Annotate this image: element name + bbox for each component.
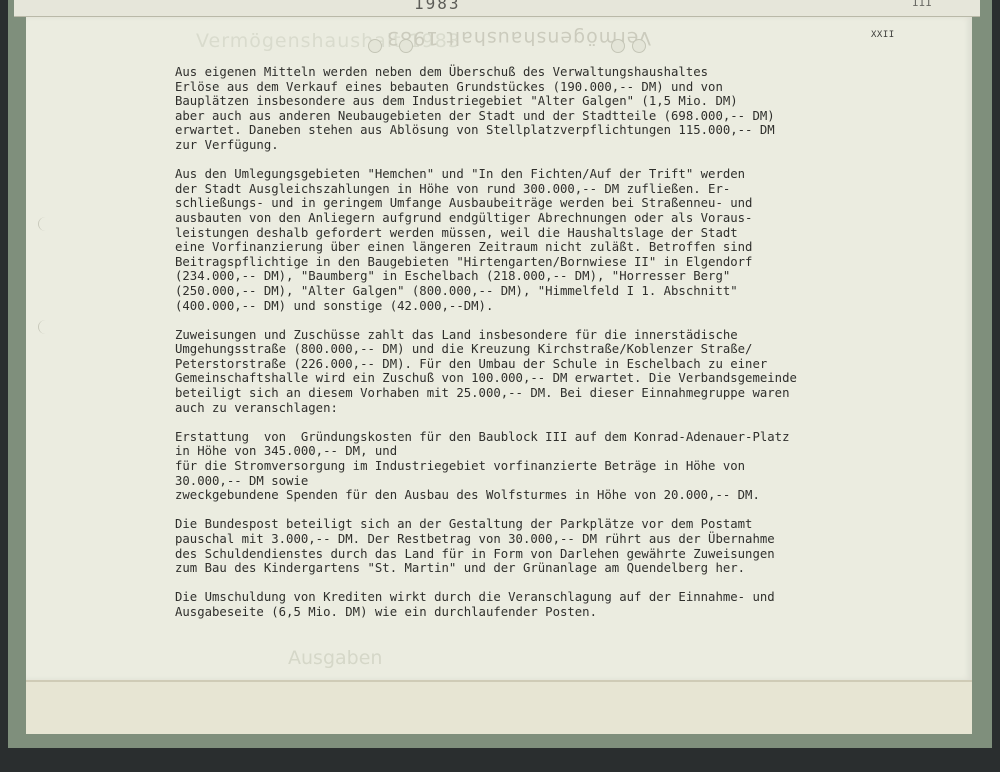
- paragraph: Die Bundespost beteiligt sich an der Ges…: [175, 517, 895, 575]
- paragraph: Die Umschuldung von Krediten wirkt durch…: [175, 590, 895, 619]
- text-line: Zuweisungen und Zuschüsse zahlt das Land…: [175, 328, 895, 343]
- text-line: Beitragspflichtige in den Baugebieten "H…: [175, 255, 895, 270]
- punch-hole-icon: [611, 39, 625, 53]
- text-line: in Höhe von 345.000,-- DM, und: [175, 444, 895, 459]
- text-line: der Stadt Ausgleichszahlungen in Höhe vo…: [175, 182, 895, 197]
- margin-hole-icon: [38, 217, 53, 231]
- previous-page-fragment: 1983: [414, 0, 461, 13]
- text-line: zum Bau des Kindergartens "St. Martin" u…: [175, 561, 895, 576]
- text-line: des Schuldendienstes durch das Land für …: [175, 547, 895, 562]
- text-line: 30.000,-- DM sowie: [175, 474, 895, 489]
- punch-hole-icon: [368, 39, 382, 53]
- margin-hole-icon: [38, 320, 53, 334]
- text-line: zweckgebundene Spenden für den Ausbau de…: [175, 488, 895, 503]
- punch-hole-icon: [632, 39, 646, 53]
- text-line: (250.000,-- DM), "Alter Galgen" (800.000…: [175, 284, 895, 299]
- text-line: eine Vorfinanzierung über einen längeren…: [175, 240, 895, 255]
- text-line: aber auch aus anderen Neubaugebieten der…: [175, 109, 895, 124]
- paragraph: Aus eigenen Mitteln werden neben dem Übe…: [175, 65, 895, 153]
- text-line: Peterstorstraße (226.000,-- DM). Für den…: [175, 357, 895, 372]
- paragraph: Zuweisungen und Zuschüsse zahlt das Land…: [175, 328, 895, 416]
- punch-hole-icon: [399, 39, 413, 53]
- bleed-through-footer: Ausgaben: [288, 647, 382, 669]
- paragraph: Erstattung von Gründungskosten für den B…: [175, 430, 895, 503]
- text-line: Aus eigenen Mitteln werden neben dem Übe…: [175, 65, 895, 80]
- text-line: Erstattung von Gründungskosten für den B…: [175, 430, 895, 445]
- body-text: Aus eigenen Mitteln werden neben dem Übe…: [175, 65, 895, 634]
- text-line: beteiligt sich an diesem Vorhaben mit 25…: [175, 386, 895, 401]
- text-line: auch zu veranschlagen:: [175, 401, 895, 416]
- text-line: für die Stromversorgung im Industriegebi…: [175, 459, 895, 474]
- text-line: Erlöse aus dem Verkauf eines bebauten Gr…: [175, 80, 895, 95]
- text-line: (234.000,-- DM), "Baumberg" in Eschelbac…: [175, 269, 895, 284]
- previous-page-edge: 1983 III: [14, 0, 980, 17]
- text-line: erwartet. Daneben stehen aus Ablösung vo…: [175, 123, 895, 138]
- text-line: Ausgabeseite (6,5 Mio. DM) wie ein durch…: [175, 605, 895, 620]
- text-line: ausbauten von den Anliegern aufgrund end…: [175, 211, 895, 226]
- text-line: Umgehungsstraße (800.000,-- DM) und die …: [175, 342, 895, 357]
- text-line: zur Verfügung.: [175, 138, 895, 153]
- text-line: Die Bundespost beteiligt sich an der Ges…: [175, 517, 895, 532]
- text-line: Bauplätzen insbesondere aus dem Industri…: [175, 94, 895, 109]
- text-line: pauschal mit 3.000,-- DM. Der Restbetrag…: [175, 532, 895, 547]
- text-line: schließungs- und in geringem Umfange Aus…: [175, 196, 895, 211]
- text-line: Gemeinschaftshalle wird ein Zuschuß von …: [175, 371, 895, 386]
- text-line: Aus den Umlegungsgebieten "Hemchen" und …: [175, 167, 895, 182]
- document-page: Vermögenshaushalt 1983 Vermögenshaushalt…: [26, 17, 972, 680]
- text-line: (400.000,-- DM) und sonstige (42.000,--D…: [175, 299, 895, 314]
- page-number: XXII: [871, 30, 895, 40]
- paragraph: Aus den Umlegungsgebieten "Hemchen" und …: [175, 167, 895, 313]
- previous-page-number: III: [912, 0, 932, 9]
- page-bottom-strip: [26, 680, 972, 734]
- text-line: leistungen deshalb gefordert werden müss…: [175, 226, 895, 241]
- text-line: Die Umschuldung von Krediten wirkt durch…: [175, 590, 895, 605]
